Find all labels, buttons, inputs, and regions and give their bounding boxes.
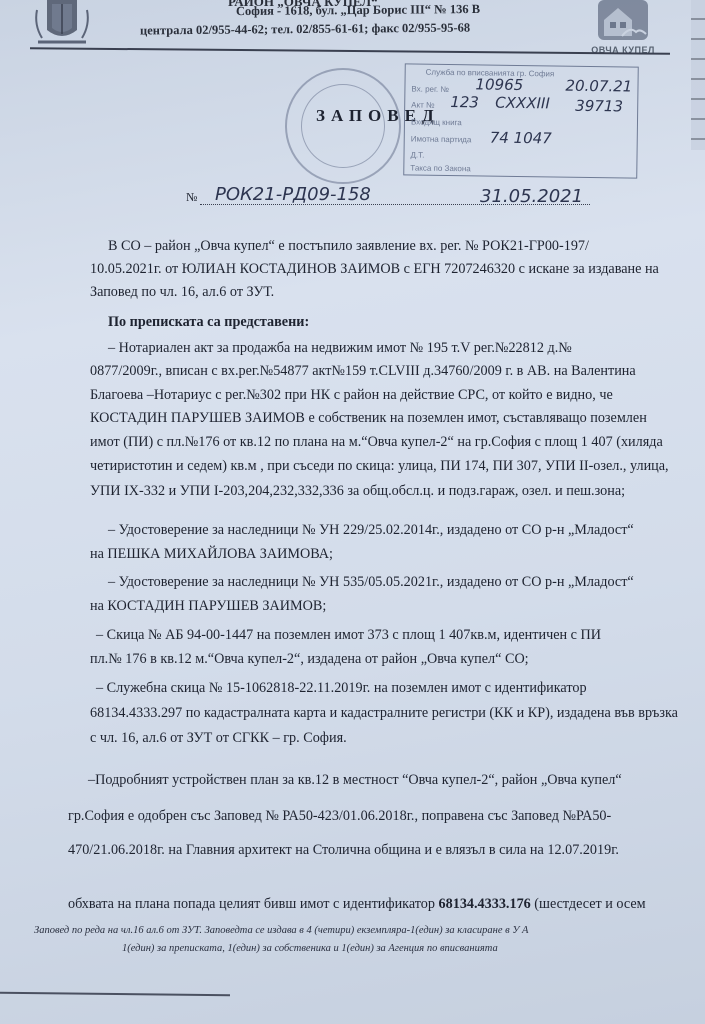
- order-number: РОК21-РД09-158: [215, 184, 371, 205]
- stamp-label-dt: Д.Т.: [410, 150, 424, 159]
- number-label: №: [186, 190, 197, 205]
- item-line: – Скица № АБ 94-00-1447 на поземлен имот…: [96, 627, 601, 644]
- header-phones: централа 02/955-44-62; тел. 02/855-61-61…: [140, 21, 470, 39]
- scope-line: обхвата на плана попада целият бивш имот…: [68, 896, 646, 913]
- item-line: – Нотариален акт за продажба на недвижим…: [108, 340, 572, 357]
- stamp-case: 39713: [575, 97, 623, 116]
- scope-suffix: (шестдесет и осем: [531, 896, 646, 912]
- presented-heading: По преписката са представени:: [108, 314, 309, 331]
- stamp-reg-no: 10965: [475, 75, 523, 94]
- item-line: с чл. 16, ал.6 от ЗУТ от СГКК – гр. Софи…: [90, 730, 347, 747]
- scope-prefix: обхвата на плана попада целият бивш имот…: [68, 896, 439, 912]
- intro-line: Заповед по чл. 16, ал.6 от ЗУТ.: [90, 284, 274, 301]
- order-date: 31.05.2021: [480, 186, 583, 207]
- item-line: на ПЕШКА МИХАЙЛОВА ЗАИМОВА;: [90, 546, 333, 563]
- stamp-volume: CXXXIII: [495, 94, 550, 113]
- item-line: – Удостоверение за наследници № УН 229/2…: [108, 522, 634, 539]
- stamp-label-fee: Такса по Закона: [410, 163, 471, 173]
- item-line: 0877/2009г., вписан с вх.рег.№54877 акт№…: [90, 363, 636, 380]
- paper-edge: [691, 0, 705, 150]
- item-line: на КОСТАДИН ПАРУШЕВ ЗАИМОВ;: [90, 598, 326, 615]
- plan-line: –Подробният устройствен план за кв.12 в …: [88, 772, 622, 789]
- item-line: – Служебна скица № 15-1062818-22.11.2019…: [96, 680, 587, 697]
- item-line: 68134.4333.297 по кадастралната карта и …: [90, 705, 678, 722]
- stamp-date: 20.07.21: [565, 77, 632, 96]
- item-line: УПИ IX-332 и УПИ I-203,204,232,332,336 з…: [90, 483, 625, 500]
- stamp-label-batch: Имотна партида: [411, 134, 472, 144]
- document-page: РАЙОН „ОВЧА КУПЕЛ“ София - 1618, бул. „Ц…: [0, 0, 705, 1024]
- scope-identifier: 68134.4333.176: [439, 896, 531, 912]
- plan-line: гр.София е одобрен със Заповед № РА50-42…: [68, 808, 611, 825]
- item-line: пл.№ 176 в кв.12 м.“Овча купел-2“, издад…: [90, 651, 529, 668]
- item-line: КОСТАДИН ПАРУШЕВ ЗАИМОВ е собственик на …: [90, 410, 647, 427]
- intro-line: 10.05.2021г. от ЮЛИАН КОСТАДИНОВ ЗАИМОВ …: [90, 261, 659, 278]
- item-line: Благоева –Нотариус с рег.№302 при НК с р…: [90, 387, 613, 404]
- stamp-act: 123: [450, 93, 479, 111]
- round-seal-stamp: [285, 68, 401, 184]
- stamp-property-batch: 74 1047: [490, 129, 552, 148]
- header-address: София - 1618, бул. „Цар Борис III“ № 136…: [236, 2, 480, 19]
- ovcha-kupel-logo-icon: ОВЧА КУПЕЛ: [578, 0, 668, 60]
- plan-line: 470/21.06.2018г. на Главния архитект на …: [68, 842, 619, 859]
- header-divider: [30, 47, 670, 54]
- stamp-label-book: Входящ книга: [411, 117, 462, 127]
- item-line: четиристотин и седем) кв.м , при съседи …: [90, 458, 669, 475]
- stamp-label-act: Акт №: [411, 100, 435, 109]
- footer-note: Заповед по реда на чл.16 ал.6 от ЗУТ. За…: [34, 925, 528, 936]
- sofia-crest-icon: [32, 0, 92, 50]
- intro-line: В СО – район „Овча купел“ е постъпило за…: [108, 238, 589, 255]
- item-line: имот (ПИ) с пл.№176 от кв.12 по плана на…: [90, 434, 663, 451]
- stamp-label-reg: Вх. рег. №: [411, 84, 449, 94]
- footer-note: 1(един) за преписката, 1(един) за собств…: [122, 943, 498, 954]
- registry-stamp: Служба по вписванията гр. София Вх. рег.…: [403, 63, 639, 178]
- bottom-divider: [0, 992, 230, 996]
- item-line: – Удостоверение за наследници № УН 535/0…: [108, 574, 634, 591]
